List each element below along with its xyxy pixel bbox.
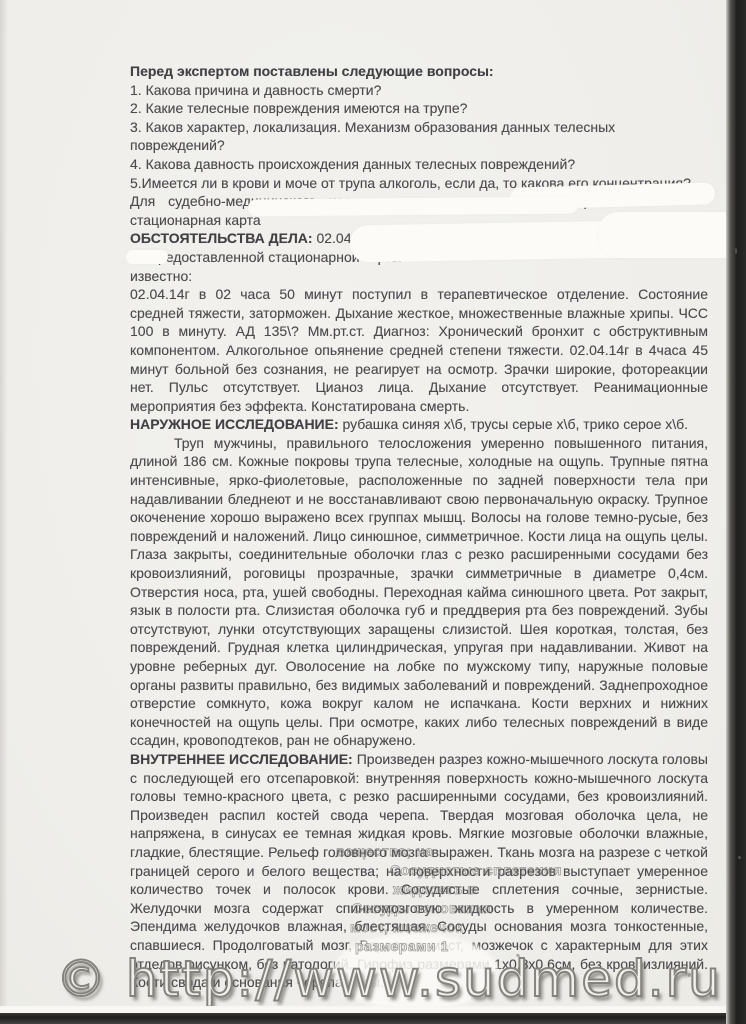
- page-left-shadow: [0, 0, 8, 1024]
- question-4: 4. Какова давность происхождения данных …: [130, 155, 708, 174]
- external-exam-heading-line: НАРУЖНОЕ ИССЛЕДОВАНИЕ: рубашка синяя х\б…: [130, 415, 708, 434]
- ghost-print-artifact: Сосуды основания: [352, 900, 493, 916]
- hospital-record-paragraph: 02.04.14г в 02 часа 50 минут поступил в …: [130, 285, 708, 415]
- page-bottom-edge: [0, 1006, 746, 1013]
- external-exam-label: НАРУЖНОЕ ИССЛЕДОВАНИЕ:: [130, 416, 339, 432]
- question-1: 1. Какова причина и давность смерти?: [130, 81, 708, 100]
- scan-bottom-edge: [0, 1013, 746, 1024]
- ghost-print-artifact: мост, мозжечок: [350, 919, 463, 935]
- external-exam-clothing: рубашка синяя х\б, трусы серые х\б, трик…: [339, 416, 688, 432]
- case-circumstances-label: ОБСТОЯТЕЛЬСТВА ДЕЛА:: [130, 230, 313, 246]
- whiteout-redaction-card-number: [248, 197, 578, 217]
- whiteout-redaction-known-prefix: [126, 250, 168, 264]
- known-line: известно:: [130, 267, 708, 286]
- ghost-print-artifact: вещества; на: [336, 843, 433, 859]
- scan-right-edge: [726, 0, 746, 1024]
- question-2: 2. Какие телесные повреждения имеются на…: [130, 99, 708, 118]
- scan-speck: [735, 248, 737, 254]
- question-3: 3. Каков характер, локализация. Механизм…: [130, 118, 708, 155]
- sudmed-watermark: © http://www.sudmed.ru: [56, 950, 722, 1008]
- whiteout-redaction-case-details-right: [598, 212, 743, 258]
- ghost-print-artifact: Сосудистые сплетения: [390, 862, 562, 878]
- scan-speck: [688, 973, 691, 977]
- questions-header: Перед экспертом поставлены следующие воп…: [130, 62, 708, 81]
- scan-speck: [738, 856, 741, 859]
- scanned-document-page: Перед экспертом поставлены следующие воп…: [0, 0, 746, 1024]
- ghost-print-artifact: жидкость в: [393, 881, 476, 897]
- internal-exam-label: ВНУТРЕННЕЕ ИССЛЕДОВАНИЕ:: [130, 751, 353, 767]
- external-exam-paragraph: Труп мужчины, правильного телосложения у…: [130, 434, 708, 750]
